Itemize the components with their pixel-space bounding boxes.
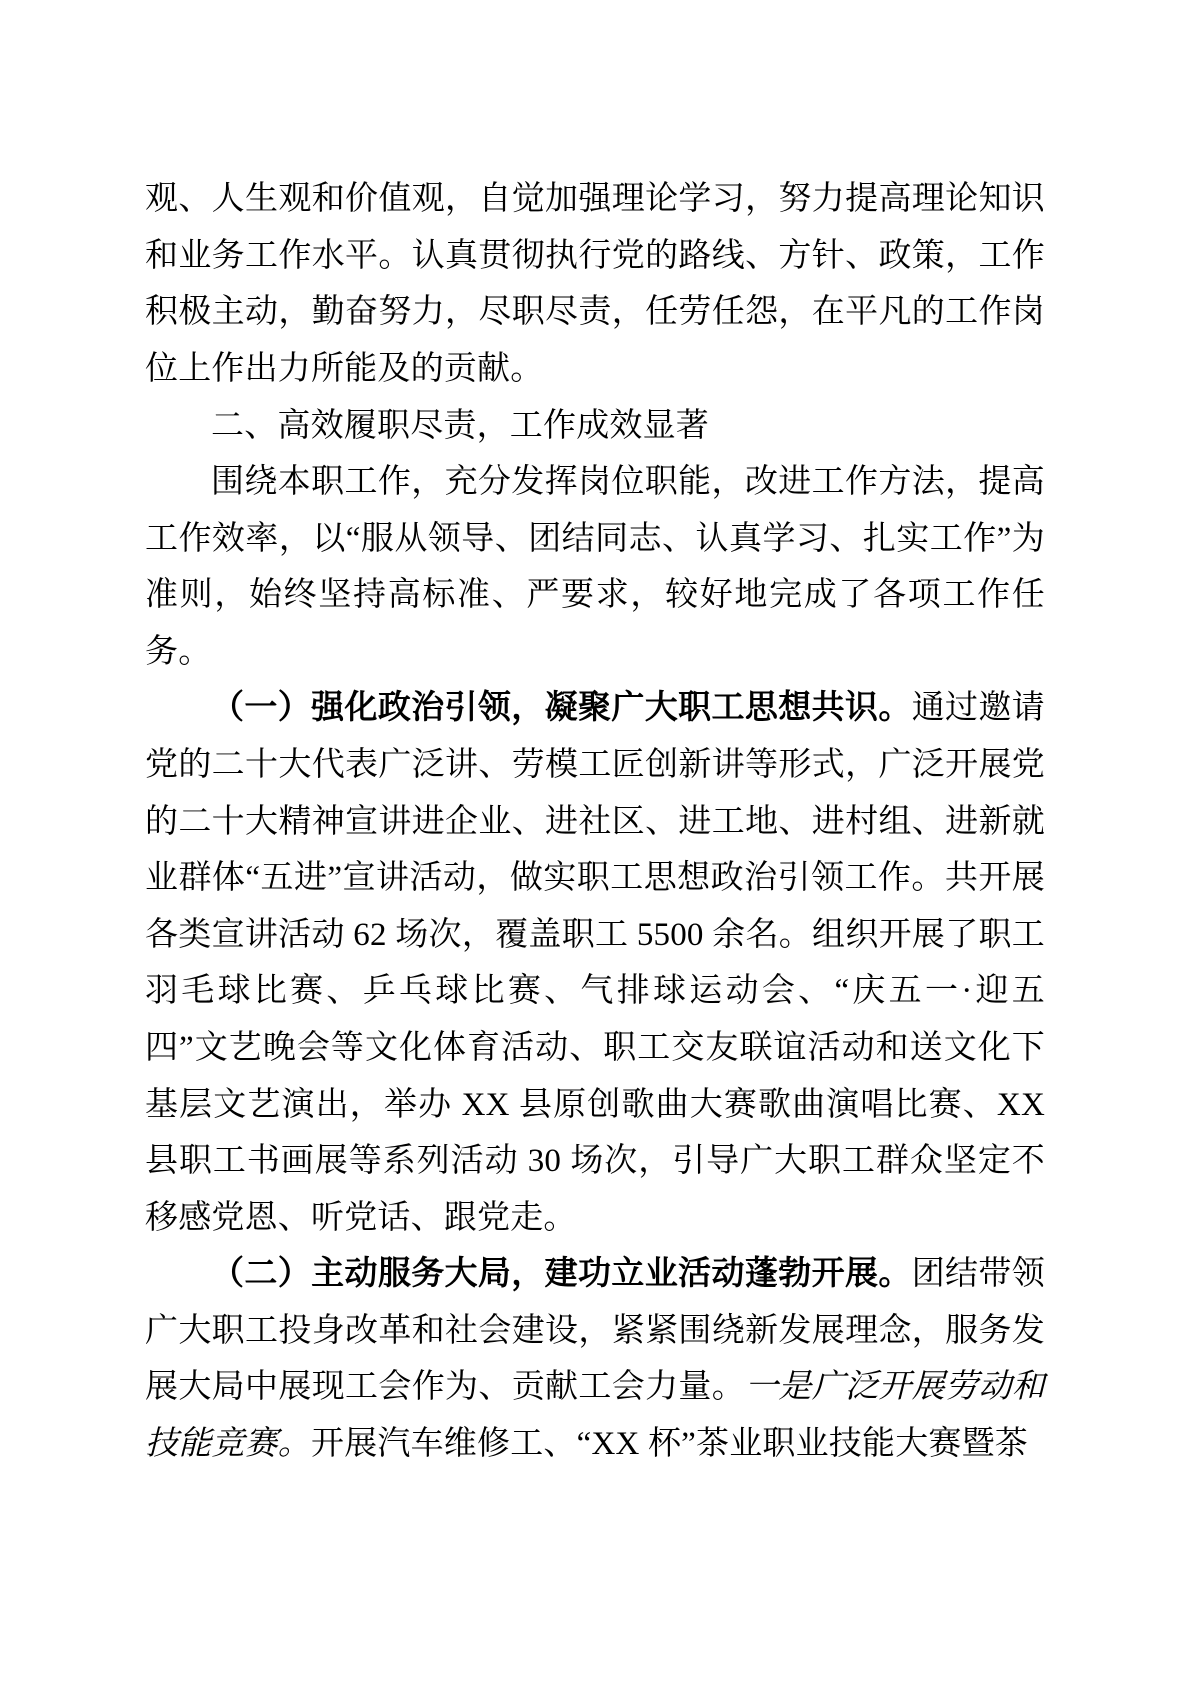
paragraph: （一）强化政治引领，凝聚广大职工思想共识。通过邀请党的二十大代表广泛讲、劳模工匠… <box>145 680 1045 1246</box>
paragraph-lead-emphasis: （一）强化政治引领，凝聚广大职工思想共识。 <box>211 690 912 726</box>
paragraph-lead-emphasis: （二）主动服务大局，建功立业活动蓬勃开展。 <box>211 1256 912 1292</box>
document-body: 观、人生观和价值观，自觉加强理论学习，努力提高理论知识和业务工作水平。认真贯彻执… <box>145 171 1045 1473</box>
section-heading: 二、高效履职尽责，工作成效显著 <box>145 397 1045 454</box>
body-text: 二、高效履职尽责，工作成效显著 <box>211 406 709 443</box>
document-page: 观、人生观和价值观，自觉加强理论学习，努力提高理论知识和业务工作水平。认真贯彻执… <box>0 0 1190 1683</box>
body-text: 通过邀请党的二十大代表广泛讲、劳模工匠创新讲等形式，广泛开展党的二十大精神宣讲进… <box>145 690 1045 1235</box>
body-text: 围绕本职工作，充分发挥岗位职能，改进工作方法，提高工作效率，以“服从领导、团结同… <box>145 464 1045 670</box>
paragraph: （二）主动服务大局，建功立业活动蓬勃开展。团结带领广大职工投身改革和社会建设，紧… <box>145 1246 1045 1472</box>
body-text: 开展汽车维修工、“XX 杯”茶业职业技能大赛暨茶 <box>311 1426 1028 1462</box>
paragraph: 围绕本职工作，充分发挥岗位职能，改进工作方法，提高工作效率，以“服从领导、团结同… <box>145 454 1045 680</box>
body-text: 观、人生观和价值观，自觉加强理论学习，努力提高理论知识和业务工作水平。认真贯彻执… <box>145 181 1045 387</box>
paragraph: 观、人生观和价值观，自觉加强理论学习，努力提高理论知识和业务工作水平。认真贯彻执… <box>145 171 1045 397</box>
